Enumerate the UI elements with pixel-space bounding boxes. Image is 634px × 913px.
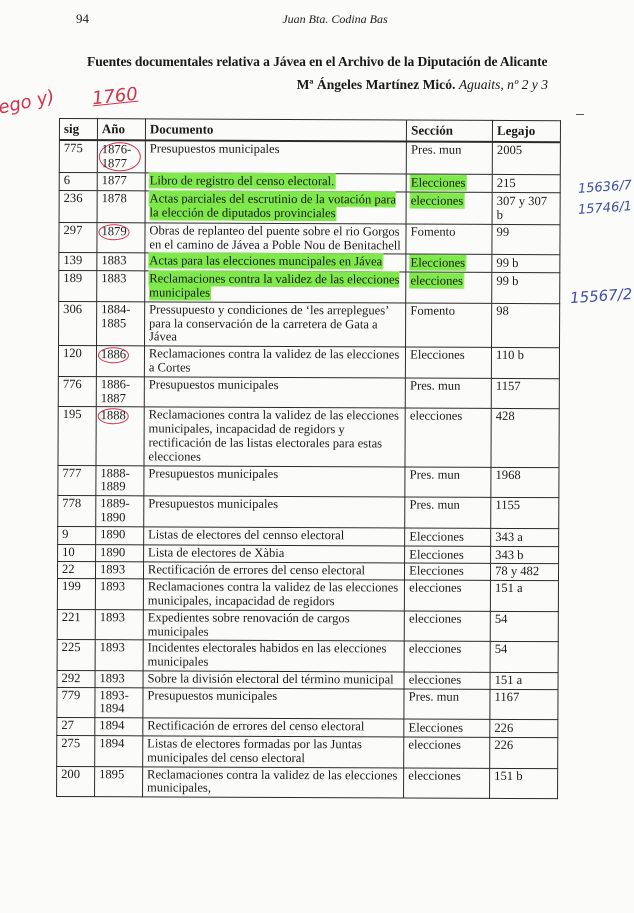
cell-legajo-text: 343 b: [495, 547, 523, 561]
cell-sig: 225: [57, 640, 95, 671]
handwritten-note-right-2: 15746/1: [578, 199, 633, 218]
header-legajo: Legajo: [492, 120, 560, 142]
cell-seccion-text: elecciones: [408, 738, 461, 752]
cell-sig: 778: [58, 496, 96, 527]
cell-legajo: 99 b: [492, 255, 560, 273]
table-row: 2251893Incidentes electorales habidos en…: [57, 640, 558, 673]
cell-legajo: 215: [492, 175, 560, 193]
cell-sig-text: 120: [63, 346, 82, 360]
cell-documento-text: Obras de replanteo del puente sobre el r…: [149, 223, 400, 252]
header-ano: Año: [97, 119, 145, 141]
cell-documento: Presupuestos municipales: [144, 496, 405, 528]
cell-ano-text: 1893: [100, 640, 125, 654]
cell-seccion: Elecciones: [406, 347, 492, 378]
cell-seccion-text: Elecciones: [409, 547, 464, 561]
margin-dash-mark: [576, 114, 584, 115]
cell-legajo-text: 215: [497, 176, 516, 190]
cell-seccion-text: elecciones: [410, 409, 463, 423]
cell-sig-text: 292: [62, 671, 81, 685]
cell-sig-text: 779: [61, 688, 80, 702]
cell-ano-text: 1890: [100, 545, 125, 559]
cell-sig-text: 139: [63, 253, 82, 267]
table-row: 2361878Actas parciales del escrutinio de…: [59, 191, 560, 225]
cell-ano-text: 1876-1877: [99, 142, 141, 172]
cell-documento: Presupuestos municipales: [144, 377, 405, 409]
cell-documento: Listas de electores del cennso electoral: [144, 527, 405, 546]
cell-ano: 1894: [95, 718, 143, 736]
cell-documento-text: Incidentes electorales habidos en las el…: [148, 641, 387, 669]
cell-documento-text: Listas de electores formadas por las Jun…: [147, 736, 362, 764]
cell-seccion: Fomento: [406, 224, 492, 255]
cell-sig-text: 777: [62, 466, 81, 480]
cell-legajo-text: 98: [496, 304, 509, 318]
cell-legajo: 151 a: [490, 672, 558, 689]
byline-author: Mª Ángeles Martínez Micó.: [297, 77, 456, 92]
cell-ano-text: 1883: [101, 271, 126, 285]
cell-legajo: 307 y 307 b: [492, 193, 560, 225]
cell-ano: 1893: [95, 640, 143, 671]
cell-seccion: elecciones: [406, 272, 492, 303]
cell-seccion: Elecciones: [406, 254, 492, 272]
cell-sig-text: 221: [62, 610, 81, 624]
cell-seccion-text: Fomento: [411, 224, 456, 238]
cell-legajo: 343 b: [491, 546, 559, 564]
cell-legajo-text: 151 b: [494, 769, 522, 783]
table-row: 7791893-1894Presupuestos municipalesPres…: [57, 687, 558, 720]
cell-legajo-text: 2005: [497, 143, 522, 157]
table-row: 1891883Reclamaciones contra la validez d…: [59, 271, 560, 304]
cell-documento-text: Sobre la división electoral del término …: [147, 671, 393, 686]
cell-seccion-text: elecciones: [409, 642, 462, 656]
cell-sig-text: 195: [63, 407, 82, 421]
cell-documento: Rectificación de errores del censo elect…: [143, 718, 404, 737]
cell-legajo-text: 1167: [495, 690, 520, 704]
cell-documento-text: Presupuestos municipales: [150, 141, 280, 156]
cell-documento-text: Actas parciales del escrutinio de la vot…: [149, 192, 396, 221]
cell-seccion: elecciones: [404, 611, 490, 642]
cell-ano-text: 1884-1885: [101, 302, 131, 330]
cell-documento-text: Reclamaciones contra la validez de las e…: [149, 347, 399, 375]
cell-seccion: Pres. mun: [405, 378, 491, 409]
cell-documento: Presupuestos municipales: [145, 140, 406, 174]
cell-ano-text: 1893: [99, 671, 124, 685]
cell-sig-text: 275: [61, 736, 80, 750]
cell-sig-text: 297: [63, 223, 82, 237]
handwritten-note-right-1: 15636/7: [578, 178, 633, 197]
cell-documento: Reclamaciones contra la validez de las e…: [144, 346, 405, 378]
cell-sig-text: 199: [62, 579, 81, 593]
cell-documento-text: Presupuestos municipales: [147, 688, 277, 703]
cell-documento-text: Reclamaciones contra la validez de las e…: [148, 580, 398, 609]
cell-sig: 779: [57, 687, 95, 718]
cell-sig-text: 10: [62, 545, 75, 559]
cell-seccion-text: Elecciones: [409, 564, 464, 578]
table-row: 101890Lista de electores de XàbiaEleccio…: [58, 544, 559, 564]
cell-legajo-text: 99: [497, 225, 510, 239]
table-row: 2001895Reclamaciones contra la validez d…: [57, 766, 558, 799]
cell-sig-text: 9: [62, 527, 68, 541]
byline-journal: Aguaits, nº 2 y 3: [459, 77, 548, 92]
cell-seccion-text: Elecciones: [411, 256, 466, 270]
cell-documento-text: Rectificación de errores del censo elect…: [147, 719, 364, 734]
cell-documento: Presupuestos municipales: [143, 688, 404, 720]
cell-ano: 1884-1885: [96, 301, 144, 346]
cell-sig-text: 6: [64, 173, 70, 187]
cell-ano-text: 1893-1894: [99, 688, 129, 716]
cell-documento-text: Presupuestos municipales: [148, 466, 278, 481]
cell-legajo-text: 151 a: [495, 581, 523, 595]
cell-sig: 189: [59, 271, 97, 302]
handwritten-note-year: 1760: [91, 84, 139, 110]
cell-documento-text: Reclamaciones contra la validez de las e…: [149, 272, 399, 300]
cell-ano-text: 1878: [102, 191, 127, 205]
cell-documento: Reclamaciones contra la validez de las e…: [145, 271, 406, 303]
cell-seccion-text: elecciones: [410, 274, 463, 288]
cell-sig: 776: [58, 376, 96, 407]
table-row: 61877Libro de registro del censo elector…: [59, 173, 560, 193]
cell-legajo: 1167: [490, 689, 558, 720]
cell-legajo-text: 110 b: [496, 348, 524, 362]
cell-documento: Lista de electores de Xàbia: [143, 544, 404, 563]
cell-documento: Presupuestos municipales: [144, 465, 405, 497]
cell-legajo-text: 1968: [495, 467, 520, 481]
cell-seccion-text: Elecciones: [411, 176, 466, 190]
cell-documento-text: Presupuestos municipales: [148, 497, 278, 512]
cell-legajo: 1155: [491, 498, 559, 529]
cell-sig: 775: [59, 140, 97, 173]
cell-legajo-text: 226: [494, 721, 513, 735]
cell-seccion-text: elecciones: [409, 672, 462, 686]
cell-ano: 1893-1894: [95, 687, 143, 718]
cell-legajo: 151 b: [490, 768, 558, 799]
cell-sig-text: 778: [62, 496, 81, 510]
cell-seccion: elecciones: [405, 408, 491, 467]
cell-legajo: 78 y 482: [491, 564, 559, 581]
cell-sig: 120: [58, 346, 96, 377]
cell-seccion-text: Pres. mun: [409, 498, 459, 512]
cell-legajo-text: 307 y 307 b: [497, 194, 547, 222]
cell-sig: 777: [58, 465, 96, 496]
cell-sig-text: 775: [64, 141, 83, 155]
cell-seccion-text: Pres. mun: [411, 142, 461, 156]
cell-ano: 1888: [96, 407, 144, 465]
cell-ano-text: 1895: [99, 767, 124, 781]
table-row: 1991893Reclamaciones contra la validez d…: [57, 579, 558, 612]
table-row: 3061884-1885Pressupuesto y condiciones d…: [59, 301, 560, 348]
cell-ano-text: 1893: [100, 562, 125, 576]
cell-sig-text: 200: [61, 767, 80, 781]
cell-legajo: 226: [490, 737, 558, 768]
cell-sig-text: 189: [63, 271, 82, 285]
cell-documento-text: Libro de registro del censo electoral.: [150, 174, 335, 189]
cell-documento: Obras de replanteo del puente sobre el r…: [145, 223, 406, 255]
cell-documento: Actas para las elecciones muncipales en …: [145, 253, 406, 272]
cell-seccion-text: Elecciones: [410, 348, 465, 362]
cell-legajo-text: 226: [494, 738, 513, 752]
cell-sig: 221: [57, 609, 95, 640]
cell-sig-text: 776: [63, 377, 82, 391]
cell-legajo: 99 b: [492, 273, 560, 304]
cell-ano: 1893: [95, 579, 143, 610]
cell-sig: 9: [58, 526, 96, 544]
table-row: 1951888Reclamaciones contra la validez d…: [58, 407, 559, 467]
cell-seccion: Elecciones: [405, 546, 491, 564]
cell-documento-text: Listas de electores del cennso electoral: [148, 527, 344, 542]
table-body: 7751876-1877Presupuestos municipalesPres…: [57, 140, 561, 799]
byline: Mª Ángeles Martínez Micó. Aguaits, nº 2 …: [297, 77, 548, 93]
cell-ano: 1893: [95, 671, 143, 688]
cell-seccion: Pres. mun: [406, 141, 492, 174]
cell-ano: 1894: [95, 736, 143, 767]
cell-legajo: 428: [491, 409, 559, 467]
cell-ano: 1883: [97, 253, 145, 271]
cell-legajo-text: 428: [496, 409, 515, 423]
cell-documento: Libro de registro del censo electoral.: [145, 173, 406, 192]
cell-legajo-text: 54: [495, 612, 508, 626]
cell-documento-text: Expedientes sobre renovación de cargos m…: [148, 610, 350, 638]
cell-seccion-text: Elecciones: [408, 721, 463, 735]
cell-ano: 1889-1890: [96, 496, 144, 527]
cell-legajo: 54: [490, 611, 558, 642]
header-documento: Documento: [145, 119, 406, 141]
cell-seccion: elecciones: [404, 768, 490, 799]
cell-legajo: 343 a: [491, 528, 559, 546]
cell-seccion-text: Pres. mun: [410, 467, 460, 481]
cell-documento: Reclamaciones contra la validez de las e…: [143, 579, 404, 611]
cell-seccion-text: Pres. mun: [409, 689, 459, 703]
cell-sig-text: 306: [63, 302, 82, 316]
cell-documento-text: Actas para las elecciones muncipales en …: [149, 254, 382, 269]
cell-legajo: 54: [490, 642, 558, 673]
handwritten-note-right-3: 15567/2: [569, 285, 632, 307]
cell-ano: 1888-1889: [96, 465, 144, 496]
table-row: 271894Rectificación de errores del censo…: [57, 718, 558, 738]
cell-ano: 1886: [96, 346, 144, 377]
cell-sig: 275: [57, 736, 95, 767]
cell-ano-text: 1886: [98, 347, 129, 363]
cell-sig: 199: [57, 579, 95, 610]
cell-sig-text: 22: [62, 562, 75, 576]
cell-documento: Rectificación de errores del censo elect…: [143, 562, 404, 580]
handwritten-note-left: ego y): [0, 86, 56, 118]
table-row: 2751894Listas de electores formadas por …: [57, 736, 558, 769]
cell-ano-text: 1893: [100, 610, 125, 624]
cell-ano-text: 1883: [101, 254, 126, 268]
cell-legajo: 98: [492, 303, 560, 348]
cell-legajo-text: 99 b: [496, 256, 518, 270]
cell-legajo: 1968: [491, 467, 559, 498]
cell-ano-text: 1889-1890: [100, 496, 130, 524]
cell-seccion: Elecciones: [406, 174, 492, 192]
cell-ano: 1883: [97, 271, 145, 302]
table-row: 7751876-1877Presupuestos municipalesPres…: [59, 140, 560, 175]
document-title: Fuentes documentales relativa a Jávea en…: [87, 54, 547, 70]
cell-sig: 139: [59, 253, 97, 271]
cell-seccion-text: elecciones: [411, 194, 464, 208]
cell-legajo: 110 b: [491, 348, 559, 379]
cell-seccion: elecciones: [404, 641, 490, 672]
cell-legajo: 99: [492, 224, 560, 255]
cell-seccion: Elecciones: [404, 719, 490, 737]
cell-seccion: Pres. mun: [404, 689, 490, 720]
cell-documento: Actas parciales del escrutinio de la vot…: [145, 191, 406, 224]
cell-ano: 1890: [96, 526, 144, 544]
cell-documento-text: Reclamaciones contra la validez de las e…: [148, 408, 399, 464]
cell-documento-text: Pressupuesto y condiciones de ‘les arrep…: [149, 302, 389, 344]
cell-sig-text: 27: [61, 718, 74, 732]
cell-legajo-text: 343 a: [495, 530, 523, 544]
cell-documento: Pressupuesto y condiciones de ‘les arrep…: [144, 302, 405, 348]
table-row: 7761886-1887Presupuestos municipalesPres…: [58, 376, 559, 409]
cell-ano: 1893: [95, 609, 143, 640]
cell-seccion-text: elecciones: [409, 611, 462, 625]
cell-sig: 195: [58, 407, 96, 465]
cell-documento-text: Reclamaciones contra la validez de las e…: [147, 767, 397, 795]
cell-documento-text: Rectificación de errores del censo elect…: [148, 563, 365, 578]
cell-sig-text: 225: [62, 640, 81, 654]
cell-seccion-text: Fomento: [410, 303, 455, 317]
cell-documento-text: Presupuestos municipales: [149, 377, 279, 392]
table-row: 91890Listas de electores del cennso elec…: [58, 526, 559, 546]
running-head: Juan Bta. Codina Bas: [0, 12, 634, 27]
cell-documento: Listas de electores formadas por las Jun…: [143, 736, 404, 768]
cell-ano-text: 1894: [99, 736, 124, 750]
cell-ano: 1877: [97, 173, 145, 191]
cell-legajo: 1157: [491, 378, 559, 409]
cell-sig: 22: [57, 562, 95, 579]
documents-table: sig Año Documento Sección Legajo 7751876…: [56, 118, 561, 799]
cell-ano-text: 1894: [99, 718, 124, 732]
cell-legajo-text: 99 b: [496, 274, 518, 288]
cell-seccion: Pres. mun: [405, 467, 491, 498]
cell-documento: Reclamaciones contra la validez de las e…: [144, 407, 406, 466]
cell-legajo-text: 1155: [495, 498, 520, 512]
table-row: 1391883Actas para las elecciones muncipa…: [59, 253, 560, 273]
cell-ano-text: 1879: [98, 224, 129, 240]
cell-documento-text: Lista de electores de Xàbia: [148, 545, 284, 560]
cell-ano-text: 1890: [100, 527, 125, 541]
cell-seccion: elecciones: [404, 672, 490, 689]
cell-ano: 1893: [95, 562, 143, 579]
cell-sig: 236: [59, 191, 97, 223]
cell-seccion: elecciones: [405, 580, 491, 611]
cell-legajo: 151 a: [490, 580, 558, 611]
table-row: 1201886Reclamaciones contra la validez d…: [58, 346, 559, 379]
cell-seccion: elecciones: [404, 737, 490, 768]
table-header-row: sig Año Documento Sección Legajo: [59, 119, 560, 142]
cell-ano: 1879: [97, 222, 145, 253]
cell-sig: 297: [59, 222, 97, 253]
cell-legajo-text: 151 a: [495, 673, 523, 687]
cell-legajo: 226: [490, 720, 558, 738]
cell-documento: Sobre la división electoral del término …: [143, 671, 404, 689]
cell-sig: 306: [59, 301, 97, 346]
table-row: 2211893Expedientes sobre renovación de c…: [57, 609, 558, 642]
cell-seccion-text: Elecciones: [409, 529, 464, 543]
cell-legajo-text: 1157: [496, 379, 521, 393]
cell-ano: 1890: [96, 544, 144, 562]
cell-legajo-text: 78 y 482: [495, 564, 539, 578]
cell-seccion: Fomento: [406, 303, 492, 348]
table-row: 2971879Obras de replanteo del puente sob…: [59, 222, 560, 255]
header-sig: sig: [59, 119, 97, 140]
cell-documento: Reclamaciones contra la validez de las e…: [142, 767, 403, 799]
table-row: 7771888-1889Presupuestos municipalesPres…: [58, 465, 559, 498]
cell-legajo-text: 54: [495, 642, 508, 656]
cell-ano-text: 1886-1887: [101, 377, 131, 405]
cell-legajo: 2005: [492, 142, 560, 175]
cell-seccion-text: Pres. mun: [410, 378, 460, 392]
cell-sig: 6: [59, 173, 97, 191]
table-row: 7781889-1890Presupuestos municipalesPres…: [58, 496, 559, 529]
cell-ano: 1876-1877: [97, 140, 145, 173]
cell-sig: 200: [57, 766, 95, 797]
cell-ano: 1895: [94, 766, 142, 797]
cell-documento: Incidentes electorales habidos en las el…: [143, 640, 404, 672]
cell-seccion: Elecciones: [405, 528, 491, 546]
cell-sig: 292: [57, 670, 95, 687]
cell-seccion-text: elecciones: [409, 581, 462, 595]
cell-sig: 27: [57, 718, 95, 736]
header-seccion: Sección: [407, 120, 493, 142]
cell-seccion: Pres. mun: [405, 497, 491, 528]
cell-ano-text: 1893: [100, 579, 125, 593]
cell-ano: 1886-1887: [96, 376, 144, 407]
cell-ano-text: 1888-1889: [100, 466, 130, 494]
cell-seccion: elecciones: [406, 192, 492, 224]
cell-sig-text: 236: [64, 191, 83, 205]
cell-documento: Expedientes sobre renovación de cargos m…: [143, 610, 404, 642]
cell-ano-text: 1877: [102, 174, 127, 188]
cell-ano: 1878: [97, 191, 145, 223]
cell-sig: 10: [58, 544, 96, 562]
cell-seccion-text: elecciones: [408, 768, 461, 782]
cell-ano-text: 1888: [98, 409, 129, 425]
cell-seccion: Elecciones: [405, 563, 491, 580]
